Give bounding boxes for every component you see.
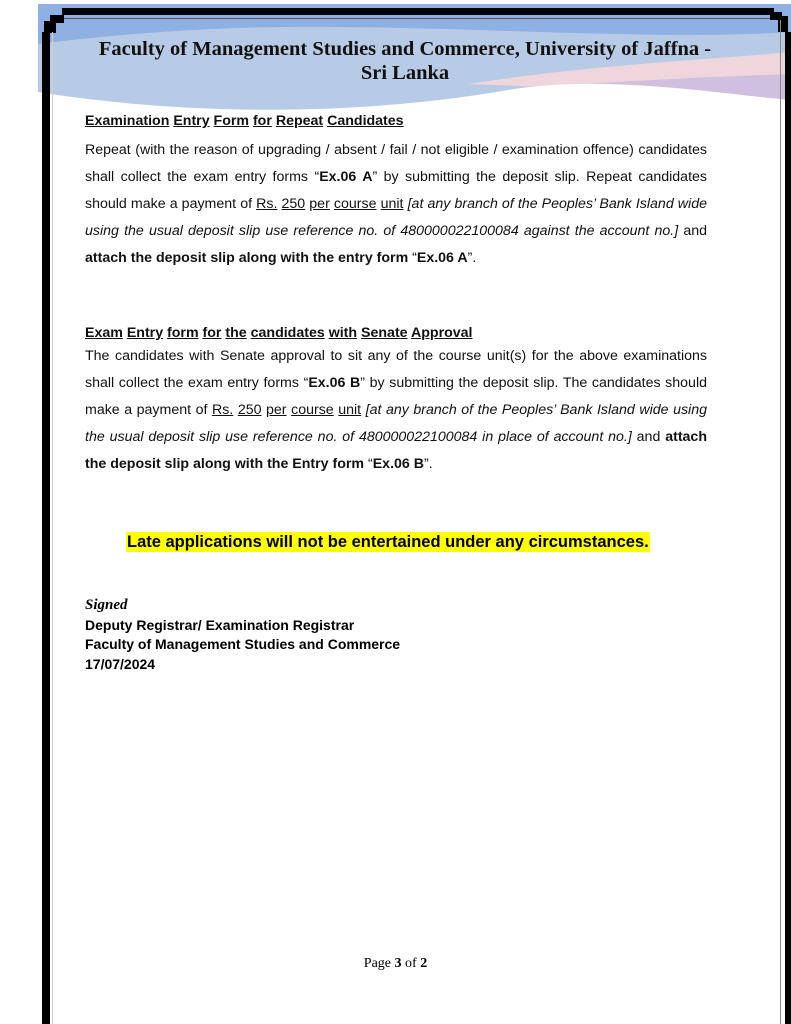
- body-text: “: [364, 456, 373, 472]
- heading-word: Exam: [85, 325, 123, 341]
- fee-word: Rs.: [212, 402, 233, 418]
- signatory-role: Deputy Registrar/ Examination Registrar: [85, 616, 400, 636]
- heading-word: for: [203, 325, 222, 341]
- heading-word: Senate: [361, 325, 408, 341]
- section-body: Repeat (with the reason of upgrading / a…: [85, 137, 707, 272]
- fee-word: unit: [338, 402, 361, 418]
- section-heading: Exam Entry form for the candidates with …: [85, 325, 707, 341]
- form-code: Ex.06 B: [308, 375, 360, 391]
- heading-word: Candidates: [327, 113, 403, 129]
- heading-word: the: [225, 325, 246, 341]
- body-text: ”.: [468, 250, 477, 266]
- body-text: ”.: [424, 456, 433, 472]
- late-application-notice: Late applications will not be entertaine…: [126, 532, 650, 552]
- form-code: Ex.06 A: [417, 250, 468, 266]
- signed-label: Signed: [85, 596, 400, 616]
- frame-inner-line: [52, 32, 53, 1024]
- body-text: and: [632, 429, 665, 445]
- page-number: 3: [395, 956, 402, 971]
- fee-word: per: [309, 196, 330, 212]
- heading-word: candidates: [251, 325, 325, 341]
- page-label: Page: [364, 956, 391, 971]
- heading-word: Approval: [411, 325, 473, 341]
- heading-word: Entry: [127, 325, 163, 341]
- form-code: Ex.06 B: [373, 456, 424, 472]
- fee-word: course: [291, 402, 334, 418]
- frame-inner-line: [780, 20, 781, 1024]
- heading-word: Entry: [173, 113, 209, 129]
- fee-word: Rs.: [256, 196, 277, 212]
- section-heading: Examination Entry Form for Repeat Candid…: [85, 113, 707, 129]
- signature-block: Signed Deputy Registrar/ Examination Reg…: [85, 596, 400, 674]
- heading-word: for: [253, 113, 272, 129]
- section-senate-approval: Exam Entry form for the candidates with …: [85, 325, 707, 478]
- signatory-faculty: Faculty of Management Studies and Commer…: [85, 635, 400, 655]
- fee-word: per: [266, 402, 287, 418]
- heading-word: with: [329, 325, 357, 341]
- fee-word: unit: [381, 196, 404, 212]
- title-line-1: Faculty of Management Studies and Commer…: [50, 37, 760, 61]
- signature-date: 17/07/2024: [85, 655, 400, 675]
- fee-word: course: [334, 196, 377, 212]
- of-label: of: [405, 956, 417, 971]
- page-total: 2: [420, 956, 427, 971]
- fee-word: 250: [282, 196, 306, 212]
- body-text: and: [678, 223, 707, 239]
- body-text: “: [408, 250, 417, 266]
- section-body: The candidates with Senate approval to s…: [85, 343, 707, 478]
- fee-word: 250: [238, 402, 262, 418]
- heading-word: Examination: [85, 113, 169, 129]
- frame-border-top: [62, 8, 774, 15]
- frame-border-left: [42, 32, 50, 1024]
- frame-border-right: [785, 32, 791, 1024]
- page-footer: Page 3 of 2: [0, 956, 791, 972]
- heading-word: Repeat: [276, 113, 323, 129]
- section-repeat-candidates: Examination Entry Form for Repeat Candid…: [85, 113, 707, 272]
- page-title: Faculty of Management Studies and Commer…: [50, 37, 760, 85]
- instruction: attach the deposit slip along with the e…: [85, 250, 408, 266]
- form-code: Ex.06 A: [319, 169, 372, 185]
- heading-word: Form: [214, 113, 249, 129]
- heading-word: form: [167, 325, 199, 341]
- frame-inner-line: [50, 18, 778, 19]
- title-line-2: Sri Lanka: [50, 61, 760, 85]
